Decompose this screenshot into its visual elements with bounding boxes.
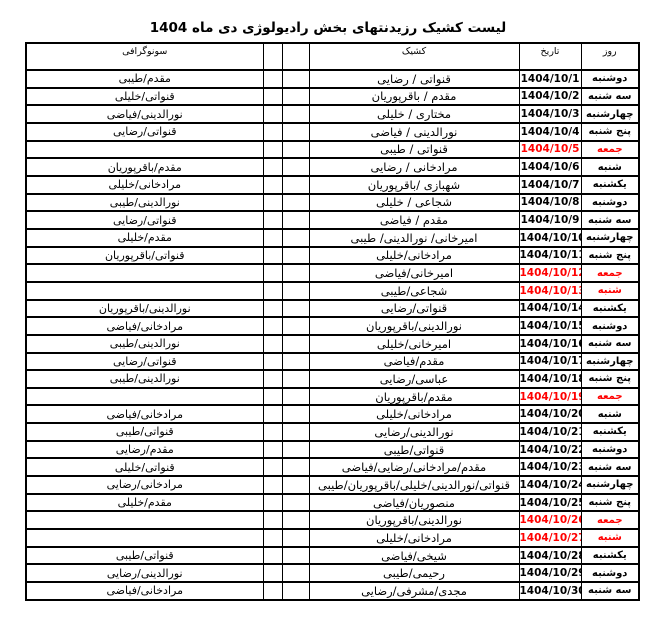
day-cell: جمعه	[581, 511, 639, 529]
sono-cell: مقدم/خلیلی	[26, 229, 263, 247]
spacer-cell-2	[263, 194, 282, 212]
table-row: سه شنبه 1404/10/23 مقدم/مرادخانی/رضایی/ف…	[26, 458, 639, 476]
spacer-cell-2	[263, 105, 282, 123]
sono-cell: قنواتی/طیبی	[26, 547, 263, 565]
sono-cell: مرادخانی/فیاضی	[26, 405, 263, 423]
shift-cell: نورالدینی/باقرپوریان	[309, 511, 519, 529]
spacer-cell-2	[263, 264, 282, 282]
spacer-cell-2	[263, 388, 282, 406]
sono-cell	[26, 511, 263, 529]
date-cell: 1404/10/4	[519, 123, 581, 141]
table-row: شنبه 1404/10/20 مرادخانی/خلیلی مرادخانی/…	[26, 405, 639, 423]
shift-cell: قنواتی / رضایی	[309, 70, 519, 88]
date-cell: 1404/10/25	[519, 494, 581, 512]
table-row: جمعه 1404/10/19 مقدم/باقرپوریان	[26, 388, 639, 406]
table-row: دوشنبه 1404/10/1 قنواتی / رضایی مقدم/طیب…	[26, 70, 639, 88]
date-cell: 1404/10/29	[519, 564, 581, 582]
day-cell: شنبه	[581, 529, 639, 547]
spacer-cell-1	[282, 458, 309, 476]
table-row: یکشنبه 1404/10/21 نورالدینی/رضایی قنواتی…	[26, 423, 639, 441]
table-row: پنج شنبه 1404/10/18 عباسی/رضایی نورالدین…	[26, 370, 639, 388]
spacer-cell-2	[263, 582, 282, 600]
sono-cell: مقدم/طیبی	[26, 70, 263, 88]
date-cell: 1404/10/1	[519, 70, 581, 88]
date-cell: 1404/10/10	[519, 229, 581, 247]
day-cell: سه شنبه	[581, 211, 639, 229]
table-row: چهارشنبه 1404/10/24 قنواتی/نورالدینی/خلی…	[26, 476, 639, 494]
date-cell: 1404/10/15	[519, 317, 581, 335]
spacer-cell-1	[282, 529, 309, 547]
shift-cell: قنواتی/طیبی	[309, 441, 519, 459]
day-cell: جمعه	[581, 388, 639, 406]
spacer-cell-2	[263, 423, 282, 441]
date-cell: 1404/10/19	[519, 388, 581, 406]
day-cell: سه شنبه	[581, 582, 639, 600]
spacer-cell-2	[263, 158, 282, 176]
table-row: چهارشنبه 1404/10/17 مقدم/فیاضی قنواتی/رض…	[26, 353, 639, 371]
day-cell: سه شنبه	[581, 335, 639, 353]
date-cell: 1404/10/30	[519, 582, 581, 600]
shift-cell: مقدم/مرادخانی/رضایی/فیاضی	[309, 458, 519, 476]
shift-cell: عباسی/رضایی	[309, 370, 519, 388]
shift-cell: مقدم / باقرپوریان	[309, 88, 519, 106]
shift-cell: نورالدینی / فیاضی	[309, 123, 519, 141]
table-row: یکشنبه 1404/10/28 شیخی/فیاضی قنواتی/طیبی	[26, 547, 639, 565]
spacer-cell-2	[263, 547, 282, 565]
sono-cell: مرادخانی/رضایی	[26, 476, 263, 494]
day-cell: دوشنبه	[581, 317, 639, 335]
header-spacer-1	[282, 43, 309, 70]
spacer-cell-1	[282, 70, 309, 88]
table-row: چهارشنبه 1404/10/10 امیرخانی/ نورالدینی/…	[26, 229, 639, 247]
day-cell: شنبه	[581, 405, 639, 423]
table-row: جمعه 1404/10/12 امیرخانی/فیاضی	[26, 264, 639, 282]
table-row: دوشنبه 1404/10/15 نورالدینی/باقرپوریان م…	[26, 317, 639, 335]
day-cell: یکشنبه	[581, 176, 639, 194]
shift-cell: قنواتی/نورالدینی/خلیلی/باقرپوریان/طیبی	[309, 476, 519, 494]
spacer-cell-1	[282, 547, 309, 565]
shift-cell: مختاری / خلیلی	[309, 105, 519, 123]
table-row: دوشنبه 1404/10/29 رحیمی/طیبی نورالدینی/ر…	[26, 564, 639, 582]
day-cell: دوشنبه	[581, 564, 639, 582]
spacer-cell-1	[282, 388, 309, 406]
date-cell: 1404/10/16	[519, 335, 581, 353]
day-cell: چهارشنبه	[581, 353, 639, 371]
header-day: روز	[581, 43, 639, 70]
spacer-cell-1	[282, 123, 309, 141]
spacer-cell-1	[282, 441, 309, 459]
spacer-cell-2	[263, 70, 282, 88]
header-sonography: سونوگرافی	[26, 43, 263, 70]
shift-cell: شجاعی/طیبی	[309, 282, 519, 300]
sono-cell	[26, 264, 263, 282]
table-row: شنبه 1404/10/27 مرادخانی/خلیلی	[26, 529, 639, 547]
table-row: دوشنبه 1404/10/22 قنواتی/طیبی مقدم/رضایی	[26, 441, 639, 459]
spacer-cell-1	[282, 264, 309, 282]
spacer-cell-1	[282, 405, 309, 423]
day-cell: جمعه	[581, 141, 639, 159]
shift-cell: مقدم / فیاضی	[309, 211, 519, 229]
table-row: یکشنبه 1404/10/7 شهبازی /باقرپوریان مراد…	[26, 176, 639, 194]
spacer-cell-1	[282, 105, 309, 123]
sono-cell: قنواتی/خلیلی	[26, 88, 263, 106]
day-cell: یکشنبه	[581, 300, 639, 318]
sono-cell	[26, 529, 263, 547]
shift-cell: مقدم/باقرپوریان	[309, 388, 519, 406]
table-row: یکشنبه 1404/10/14 قنواتی/رضایی نورالدینی…	[26, 300, 639, 318]
sono-cell: قنواتی/رضایی	[26, 123, 263, 141]
day-cell: چهارشنبه	[581, 476, 639, 494]
document-page: لیست کشیک رزیدنتهای بخش رادیولوژی دی ماه…	[0, 0, 656, 621]
spacer-cell-1	[282, 511, 309, 529]
table-row: پنج شنبه 1404/10/11 مرادخانی/خلیلی قنوات…	[26, 247, 639, 265]
spacer-cell-1	[282, 300, 309, 318]
spacer-cell-1	[282, 158, 309, 176]
spacer-cell-2	[263, 282, 282, 300]
day-cell: چهارشنبه	[581, 105, 639, 123]
shift-cell: نورالدینی/باقرپوریان	[309, 317, 519, 335]
spacer-cell-1	[282, 141, 309, 159]
date-cell: 1404/10/7	[519, 176, 581, 194]
shift-cell: رحیمی/طیبی	[309, 564, 519, 582]
sono-cell: قنواتی/طیبی	[26, 423, 263, 441]
spacer-cell-2	[263, 511, 282, 529]
sono-cell: نورالدینی/طیبی	[26, 370, 263, 388]
sono-cell: نورالدینی/رضایی	[26, 564, 263, 582]
day-cell: دوشنبه	[581, 70, 639, 88]
shift-cell: مرادخانی/خلیلی	[309, 247, 519, 265]
sono-cell: قنواتی/رضایی	[26, 211, 263, 229]
date-cell: 1404/10/5	[519, 141, 581, 159]
date-cell: 1404/10/21	[519, 423, 581, 441]
spacer-cell-2	[263, 494, 282, 512]
spacer-cell-2	[263, 317, 282, 335]
shift-cell: امیرخانی/ نورالدینی/ طیبی	[309, 229, 519, 247]
date-cell: 1404/10/28	[519, 547, 581, 565]
date-cell: 1404/10/6	[519, 158, 581, 176]
sono-cell: مرادخانی/فیاضی	[26, 582, 263, 600]
date-cell: 1404/10/8	[519, 194, 581, 212]
date-cell: 1404/10/20	[519, 405, 581, 423]
spacer-cell-2	[263, 176, 282, 194]
day-cell: شنبه	[581, 158, 639, 176]
day-cell: پنج شنبه	[581, 494, 639, 512]
table-row: شنبه 1404/10/6 مرادخانی / رضایی مقدم/باق…	[26, 158, 639, 176]
date-cell: 1404/10/12	[519, 264, 581, 282]
day-cell: سه شنبه	[581, 458, 639, 476]
sono-cell: نورالدینی/طیبی	[26, 194, 263, 212]
day-cell: یکشنبه	[581, 547, 639, 565]
date-cell: 1404/10/26	[519, 511, 581, 529]
spacer-cell-2	[263, 211, 282, 229]
date-cell: 1404/10/17	[519, 353, 581, 371]
spacer-cell-1	[282, 176, 309, 194]
day-cell: پنج شنبه	[581, 247, 639, 265]
date-cell: 1404/10/18	[519, 370, 581, 388]
spacer-cell-1	[282, 282, 309, 300]
date-cell: 1404/10/27	[519, 529, 581, 547]
table-row: سه شنبه 1404/10/16 امیرخانی/خلیلی نورالد…	[26, 335, 639, 353]
spacer-cell-2	[263, 370, 282, 388]
spacer-cell-2	[263, 405, 282, 423]
schedule-header: روز تاریخ کشیک سونوگرافی	[26, 43, 639, 70]
table-row: سه شنبه 1404/10/2 مقدم / باقرپوریان قنوا…	[26, 88, 639, 106]
spacer-cell-1	[282, 370, 309, 388]
spacer-cell-1	[282, 582, 309, 600]
shift-cell: قنواتی / طیبی	[309, 141, 519, 159]
table-row: جمعه 1404/10/5 قنواتی / طیبی	[26, 141, 639, 159]
spacer-cell-2	[263, 353, 282, 371]
spacer-cell-1	[282, 88, 309, 106]
sono-cell: نورالدینی/باقرپوریان	[26, 300, 263, 318]
sono-cell: قنواتی/رضایی	[26, 353, 263, 371]
sono-cell: نورالدینی/طیبی	[26, 335, 263, 353]
day-cell: چهارشنبه	[581, 229, 639, 247]
spacer-cell-2	[263, 529, 282, 547]
shift-cell: شهبازی /باقرپوریان	[309, 176, 519, 194]
header-row: روز تاریخ کشیک سونوگرافی	[26, 43, 639, 70]
sono-cell: قنواتی/خلیلی	[26, 458, 263, 476]
day-cell: یکشنبه	[581, 423, 639, 441]
spacer-cell-2	[263, 458, 282, 476]
header-date: تاریخ	[519, 43, 581, 70]
spacer-cell-1	[282, 335, 309, 353]
spacer-cell-1	[282, 353, 309, 371]
shift-cell: منصوریان/فیاضی	[309, 494, 519, 512]
sono-cell: مرادخانی/فیاضی	[26, 317, 263, 335]
shift-cell: نورالدینی/رضایی	[309, 423, 519, 441]
day-cell: سه شنبه	[581, 88, 639, 106]
schedule-table: روز تاریخ کشیک سونوگرافی دوشنبه 1404/10/…	[25, 42, 640, 601]
header-shift: کشیک	[309, 43, 519, 70]
spacer-cell-2	[263, 123, 282, 141]
table-row: سه شنبه 1404/10/30 مجدی/مشرفی/رضایی مراد…	[26, 582, 639, 600]
spacer-cell-1	[282, 564, 309, 582]
spacer-cell-2	[263, 335, 282, 353]
shift-cell: مجدی/مشرفی/رضایی	[309, 582, 519, 600]
header-spacer-2	[263, 43, 282, 70]
sono-cell: مرادخانی/خلیلی	[26, 176, 263, 194]
day-cell: جمعه	[581, 264, 639, 282]
sono-cell	[26, 388, 263, 406]
spacer-cell-1	[282, 229, 309, 247]
spacer-cell-2	[263, 88, 282, 106]
shift-cell: مرادخانی/خلیلی	[309, 529, 519, 547]
date-cell: 1404/10/9	[519, 211, 581, 229]
day-cell: شنبه	[581, 282, 639, 300]
table-row: پنج شنبه 1404/10/25 منصوریان/فیاضی مقدم/…	[26, 494, 639, 512]
date-cell: 1404/10/13	[519, 282, 581, 300]
spacer-cell-1	[282, 476, 309, 494]
table-row: سه شنبه 1404/10/9 مقدم / فیاضی قنواتی/رض…	[26, 211, 639, 229]
date-cell: 1404/10/3	[519, 105, 581, 123]
sono-cell: مقدم/باقرپوریان	[26, 158, 263, 176]
table-row: دوشنبه 1404/10/8 شجاعی / خلیلی نورالدینی…	[26, 194, 639, 212]
spacer-cell-1	[282, 247, 309, 265]
date-cell: 1404/10/22	[519, 441, 581, 459]
spacer-cell-1	[282, 317, 309, 335]
shift-cell: مرادخانی/خلیلی	[309, 405, 519, 423]
page-title: لیست کشیک رزیدنتهای بخش رادیولوژی دی ماه…	[0, 20, 656, 36]
shift-cell: شجاعی / خلیلی	[309, 194, 519, 212]
spacer-cell-2	[263, 247, 282, 265]
spacer-cell-1	[282, 211, 309, 229]
sono-cell	[26, 282, 263, 300]
spacer-cell-2	[263, 564, 282, 582]
day-cell: پنج شنبه	[581, 123, 639, 141]
day-cell: پنج شنبه	[581, 370, 639, 388]
shift-cell: قنواتی/رضایی	[309, 300, 519, 318]
day-cell: دوشنبه	[581, 194, 639, 212]
table-row: جمعه 1404/10/26 نورالدینی/باقرپوریان	[26, 511, 639, 529]
sono-cell: قنواتی/باقرپوریان	[26, 247, 263, 265]
date-cell: 1404/10/2	[519, 88, 581, 106]
shift-cell: امیرخانی/خلیلی	[309, 335, 519, 353]
sono-cell: مقدم/خلیلی	[26, 494, 263, 512]
shift-cell: مرادخانی / رضایی	[309, 158, 519, 176]
spacer-cell-2	[263, 476, 282, 494]
spacer-cell-2	[263, 441, 282, 459]
shift-cell: مقدم/فیاضی	[309, 353, 519, 371]
sono-cell	[26, 141, 263, 159]
date-cell: 1404/10/24	[519, 476, 581, 494]
table-row: شنبه 1404/10/13 شجاعی/طیبی	[26, 282, 639, 300]
spacer-cell-1	[282, 194, 309, 212]
spacer-cell-2	[263, 141, 282, 159]
spacer-cell-2	[263, 300, 282, 318]
date-cell: 1404/10/14	[519, 300, 581, 318]
spacer-cell-1	[282, 423, 309, 441]
sono-cell: نورالدینی/فیاضی	[26, 105, 263, 123]
shift-cell: امیرخانی/فیاضی	[309, 264, 519, 282]
spacer-cell-2	[263, 229, 282, 247]
date-cell: 1404/10/23	[519, 458, 581, 476]
shift-cell: شیخی/فیاضی	[309, 547, 519, 565]
schedule-body: دوشنبه 1404/10/1 قنواتی / رضایی مقدم/طیب…	[26, 70, 639, 600]
spacer-cell-1	[282, 494, 309, 512]
sono-cell: مقدم/رضایی	[26, 441, 263, 459]
day-cell: دوشنبه	[581, 441, 639, 459]
table-row: پنج شنبه 1404/10/4 نورالدینی / فیاضی قنو…	[26, 123, 639, 141]
date-cell: 1404/10/11	[519, 247, 581, 265]
table-row: چهارشنبه 1404/10/3 مختاری / خلیلی نورالد…	[26, 105, 639, 123]
